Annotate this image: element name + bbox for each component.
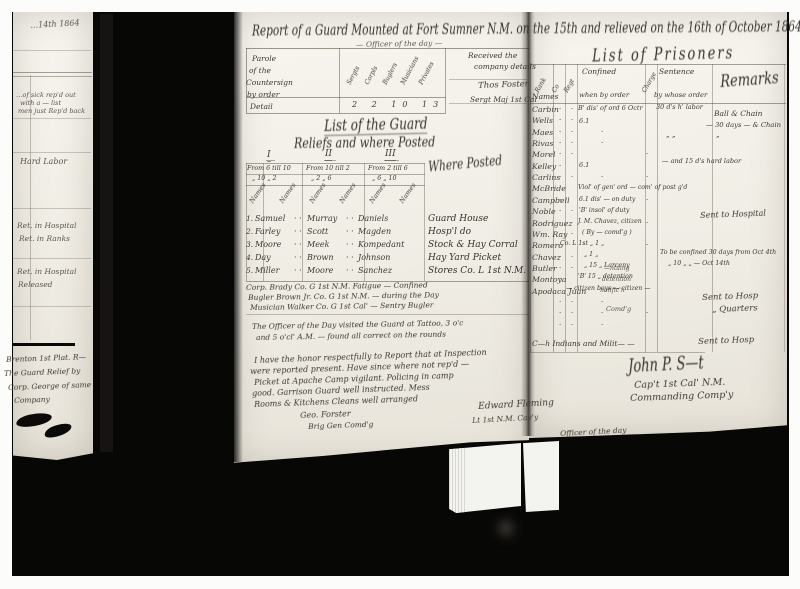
remark-entry: Sent to Hosp	[698, 336, 754, 346]
received-line: company details	[474, 63, 536, 71]
ditto-dot: ·	[571, 106, 573, 113]
remark-entry: Sent to Hosp	[702, 292, 758, 302]
ditto-dot: ·	[559, 276, 561, 283]
ditto-dot: ·	[559, 129, 561, 136]
prisoner-row: Wm. Ray · ·	[0, 231, 280, 242]
confined-entry: J. M. Chavez, citizen	[578, 219, 642, 225]
of-the-label: of the	[249, 67, 271, 75]
sentence-entry: 30 d's h' labor	[656, 104, 703, 111]
prisoner-row: Butler · ·	[0, 265, 280, 276]
guard-relief2-name: Murray	[307, 215, 337, 223]
countersign-label: Countersign	[246, 79, 293, 87]
prisoner-row: · · ·	[0, 322, 280, 333]
left-page-note: …of sick rep'd out	[16, 92, 76, 99]
ditto-dot: ·	[571, 265, 573, 272]
prisoner-name: Wm. Ray	[532, 231, 567, 239]
prisoner-name: Rivas	[532, 140, 553, 148]
ditto-dot: ·	[559, 322, 561, 329]
ledger-rule	[565, 64, 566, 352]
commander-signature: John P. S—t	[628, 354, 704, 376]
reliefs-title: Reliefs and where Posted	[294, 135, 435, 150]
ditto-dot: ·	[559, 140, 561, 147]
ditto-dot: ·	[601, 140, 603, 147]
ditto-dot: ·	[559, 106, 561, 113]
ledger-rule	[13, 76, 92, 77]
ditto-dot: ·	[646, 174, 648, 181]
list-of-prisoners-title: List of Prisoners	[592, 45, 734, 66]
ditto-dot: ·	[571, 151, 573, 158]
confined-header: Confined	[582, 68, 616, 76]
list-of-guard-title: List of the Guard	[324, 116, 428, 137]
guard-relief3-name: Daniels	[358, 215, 388, 223]
officer-of-day-line: — Officer of the day —	[356, 39, 442, 48]
smudge-mark	[487, 512, 525, 548]
by-order-label: by order	[247, 91, 279, 99]
ledger-rule	[445, 48, 446, 113]
prisoner-name: Wells	[532, 117, 553, 125]
prisoner-name: Morel	[532, 151, 556, 159]
sergeant-major-signature: Thos Foster	[478, 80, 529, 90]
ditto-dot: ·	[571, 208, 573, 215]
parole-label: Parole	[252, 55, 276, 63]
ditto-marks: · ·	[294, 215, 302, 223]
prisoner-name: Carlins	[532, 174, 560, 182]
ditto-dot: ·	[559, 174, 561, 181]
guard-post: Hosp'l do	[428, 228, 471, 237]
prisoner-row: Kelley ·	[0, 163, 280, 174]
ditto-dot: ·	[601, 299, 603, 306]
ledger-rule	[13, 50, 91, 51]
report-header-title: Report of a Guard Mounted at Fort Sumner…	[252, 20, 800, 39]
prisoner-name: Butler	[532, 265, 557, 273]
prisoner-row: Morel · · ·	[0, 151, 280, 162]
ditto-dot: ·	[571, 254, 573, 261]
guard-relief3-name: Sanchez	[358, 267, 392, 275]
remark-entry: — 30 days — & Chain	[706, 122, 781, 129]
sentence-entry: — and 15 d's hard labor	[662, 158, 741, 165]
guard-post: Stores Co. L 1st N.M.	[428, 267, 526, 276]
ditto-marks: · ·	[294, 267, 302, 275]
confined-entry: „ 1 „	[584, 252, 598, 258]
ditto-quotes: „	[716, 132, 720, 139]
prisoner-row: Wells · ·	[0, 117, 280, 128]
ditto-dot: ·	[559, 254, 561, 261]
confined-entry: Co. L 1st „ 1 „	[560, 241, 604, 247]
prisoner-row: · · ·	[0, 299, 280, 310]
ditto-dot: ·	[571, 322, 573, 329]
ditto-dot: ·	[571, 174, 573, 181]
relief-time: From 2 till 6	[368, 166, 408, 172]
ditto-dot: ·	[559, 310, 561, 317]
ditto-marks: · ·	[294, 254, 302, 262]
ditto-dot: ·	[559, 151, 561, 158]
remark-entry: „ Quarters	[712, 304, 758, 314]
guard-post: Stock & Hay Corral	[428, 241, 518, 250]
prisoner-row: Chavez · ·	[0, 254, 280, 265]
prisoner-row: Carbin · ·	[0, 106, 280, 117]
heavy-ink-rule	[13, 343, 75, 346]
prisoner-name: Maes	[532, 129, 553, 137]
confined-entry: 6.1	[579, 162, 589, 169]
relief-numeral-3: III	[385, 150, 396, 161]
confined-entry: Viol' of gen' ord — com' of post g'd	[578, 185, 687, 191]
ledger-rule	[246, 314, 529, 315]
prisoner-name: Carbin	[532, 106, 559, 114]
confined-entry: 6.1	[579, 118, 589, 125]
ditto-dot: ·	[601, 310, 603, 317]
ditto-quotes: „ „	[666, 132, 675, 139]
confined-entry: ( By — comd'g )	[582, 230, 632, 236]
ditto-dot: ·	[559, 185, 561, 192]
remarks-header: Remarks	[720, 70, 779, 91]
prisoner-row: McBride ·	[0, 185, 280, 196]
ditto-marks: · ·	[346, 267, 354, 275]
bottom-note: C—h Indians and Milit— —	[532, 340, 635, 348]
left-signature-title: Brig Gen Comd'g	[308, 421, 374, 431]
ditto-marks: · ·	[346, 254, 354, 262]
prisoner-row: Noble · ·	[0, 208, 280, 219]
page-stack-fore-edge-small	[523, 441, 559, 512]
prisoner-name: Campbell	[532, 197, 570, 205]
ledger-rule	[13, 72, 92, 73]
prisoner-row: Montoya ·	[0, 276, 280, 287]
guard-relief3-name: Kompedant	[358, 241, 404, 249]
confined-note: detention	[602, 277, 631, 283]
confined-note: notific'n	[600, 288, 625, 294]
ditto-dot: ·	[601, 129, 603, 136]
prisoner-name: Romero	[532, 242, 563, 250]
guard-relief3-name: Magden	[358, 228, 391, 236]
ditto-dot: ·	[559, 299, 561, 306]
ditto-dot: ·	[646, 242, 648, 249]
prisoner-name: Kelley	[532, 163, 556, 171]
remark-entry: Ball & Chain	[714, 110, 763, 118]
confined-entry: 6.1 dis' — on duty	[579, 197, 635, 203]
names-header: Names	[532, 93, 558, 101]
ditto-dot: ·	[559, 197, 561, 204]
ditto-dot: ·	[571, 310, 573, 317]
prisoner-row: Rodriguez · ·	[0, 220, 280, 231]
prisoner-row: Apodaca Juan	[0, 288, 280, 299]
prisoner-row: · · · ·	[0, 310, 280, 321]
ditto-dot: ·	[601, 174, 603, 181]
sergeant-major-title: Sergt Maj 1st Cal	[470, 96, 537, 104]
ditto-marks: · ·	[294, 241, 302, 249]
guard-relief2-name: Scott	[307, 228, 328, 236]
ledger-rule	[784, 64, 785, 352]
remark-entry: „ 10 „ „ — Oct 14th	[668, 261, 730, 267]
relief-time: „ 6 „ 10	[372, 176, 397, 182]
ditto-marks: · ·	[346, 241, 354, 249]
left-page-signature-line: Company	[14, 396, 50, 405]
confined-entry: B' dis' of ord 6 Octr	[578, 105, 643, 112]
guard-post: Hay Yard Picket	[428, 254, 501, 263]
guard-post: Guard House	[428, 215, 488, 224]
confined-note: —ntaing	[604, 266, 629, 272]
prisoner-row: Campbell · ·	[0, 197, 280, 208]
ditto-marks: · ·	[346, 215, 354, 223]
detail-numbers: 2 2 10 13	[352, 101, 444, 109]
prisoner-row: Maes · · ·	[0, 129, 280, 140]
ditto-dot: ·	[646, 197, 648, 204]
prisoner-row: Carlins · · · ·	[0, 174, 280, 185]
prisoner-name: Noble	[532, 208, 556, 216]
confined-entry: 'B' insol' of duty	[579, 208, 629, 214]
guard-relief3-name: Johnson	[358, 254, 390, 262]
ditto-dot: ·	[646, 310, 648, 317]
remark-entry: To be confined 30 days from Oct 4th	[660, 250, 776, 256]
received-line: Received the	[468, 52, 517, 60]
prisoner-row: Rivas · · ·	[0, 140, 280, 151]
ditto-dot: ·	[559, 231, 561, 238]
ditto-dot: ·	[571, 140, 573, 147]
prisoner-name: Chavez	[532, 254, 561, 262]
guard-relief2-name: Moore	[307, 267, 333, 275]
ditto-dot: ·	[646, 151, 648, 158]
comdg-note: Comd'g	[606, 306, 631, 313]
ditto-dot: ·	[601, 322, 603, 329]
ditto-dot: ·	[559, 265, 561, 272]
relief-time: From 10 till 2	[306, 166, 350, 172]
scanned-ledger-photo: …14th 1864 …of sick rep'd out with a — l…	[0, 0, 800, 589]
ditto-marks: · ·	[294, 228, 302, 236]
ditto-dot: ·	[559, 163, 561, 170]
ditto-marks: · ·	[346, 228, 354, 236]
sentence-header: Sentence	[659, 68, 694, 76]
ditto-dot: ·	[559, 208, 561, 215]
relief-numeral-2: II	[325, 150, 332, 161]
prisoner-name: Rodriguez	[532, 220, 573, 228]
prisoner-row: Romero ·	[0, 242, 280, 253]
ditto-dot: ·	[571, 299, 573, 306]
ditto-dot: ·	[571, 117, 573, 124]
prisoner-name: Montoya	[532, 276, 567, 284]
ditto-dot: ·	[559, 220, 561, 227]
ledger-rule	[530, 352, 705, 353]
guard-relief2-name: Meek	[307, 241, 330, 249]
ditto-dot: ·	[646, 220, 648, 227]
page-stack-fore-edge	[449, 443, 521, 513]
sentence-subheader: by whose order	[654, 92, 707, 99]
ditto-dot: ·	[571, 231, 573, 238]
ditto-dot: ·	[559, 117, 561, 124]
ditto-dot: ·	[571, 129, 573, 136]
confined-subheader: when by order	[579, 92, 629, 99]
guard-relief2-name: Brown	[307, 254, 334, 262]
ledger-rule	[339, 48, 340, 113]
